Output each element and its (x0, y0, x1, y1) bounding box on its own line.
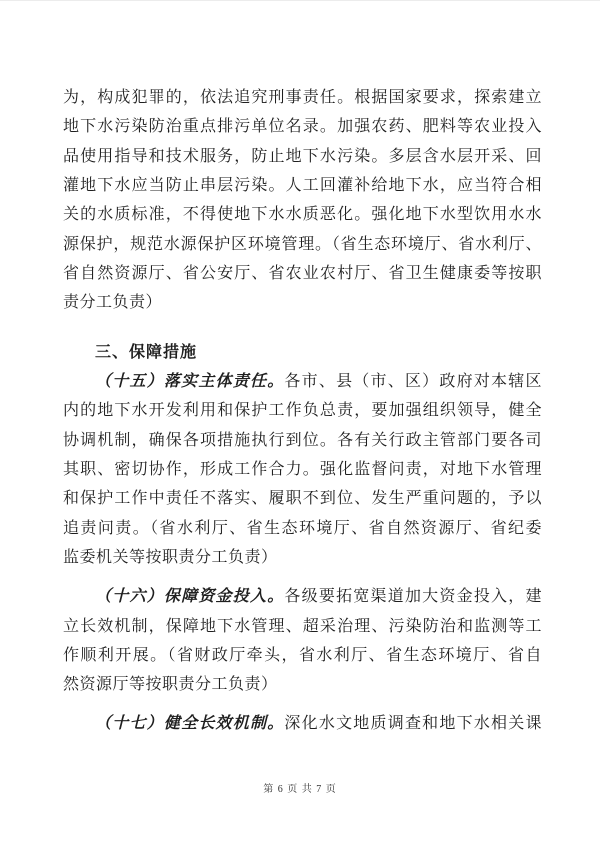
paragraph-line: 立长效机制，保障地下水管理、超采治理、污染防治和监测等工 (63, 612, 542, 641)
clause-15-lead: （十五）落实主体责任。 (95, 373, 284, 390)
document-body: 为，构成犯罪的，依法追究刑事责任。根据国家要求，探索建立 地下水污染防治重点排污… (63, 83, 542, 738)
paragraph-line: 为，构成犯罪的，依法追究刑事责任。根据国家要求，探索建立 (63, 83, 542, 112)
section-heading: 三、保障措施 (63, 338, 542, 367)
paragraph-17: （十七）健全长效机制。深化水文地质调查和地下水相关课 (63, 709, 542, 738)
paragraph-text: 各级要拓宽渠道加大资金投入，建 (284, 588, 542, 605)
paragraph-continued: 为，构成犯罪的，依法追究刑事责任。根据国家要求，探索建立 地下水污染防治重点排污… (63, 83, 542, 318)
paragraph-line: 和保护工作中责任不落实、履职不到位、发生严重问题的，予以 (63, 484, 542, 513)
page-number: 第 6 页 共 7 页 (0, 780, 600, 795)
paragraph-line: 追责问责。（省水利厅、省生态环境厅、省自然资源厅、省纪委 (63, 514, 542, 543)
paragraph-16: （十六）保障资金投入。各级要拓宽渠道加大资金投入，建 立长效机制，保障地下水管理… (63, 582, 542, 699)
clause-17-lead: （十七）健全长效机制。 (95, 715, 284, 732)
paragraph-line: 源保护，规范水源保护区环境管理。（省生态环境厅、省水利厅、 (63, 230, 542, 259)
paragraph-line: 关的水质标准，不得使地下水水质恶化。强化地下水型饮用水水 (63, 200, 542, 229)
clause-16-lead: （十六）保障资金投入。 (95, 588, 284, 605)
paragraph-line: 省自然资源厅、省公安厅、省农业农村厅、省卫生健康委等按职 (63, 259, 542, 288)
paragraph-text: 深化水文地质调查和地下水相关课 (284, 715, 542, 732)
paragraph-line: 作顺利开展。（省财政厅牵头，省水利厅、省生态环境厅、省自 (63, 641, 542, 670)
paragraph-line: 责分工负责） (63, 288, 542, 317)
paragraph-line: 品使用指导和技术服务，防止地下水污染。多层含水层开采、回 (63, 142, 542, 171)
paragraph-text: 各市、县（市、区）政府对本辖区 (284, 373, 542, 390)
paragraph-15: （十五）落实主体责任。各市、县（市、区）政府对本辖区 内的地下水开发利用和保护工… (63, 367, 542, 572)
paragraph-line: 协调机制，确保各项措施执行到位。各有关行政主管部门要各司 (63, 426, 542, 455)
paragraph-line: 监委机关等按职责分工负责） (63, 543, 542, 572)
paragraph-line: （十七）健全长效机制。深化水文地质调查和地下水相关课 (63, 709, 542, 738)
paragraph-line: 灌地下水应当防止串层污染。人工回灌补给地下水，应当符合相 (63, 171, 542, 200)
paragraph-line: （十五）落实主体责任。各市、县（市、区）政府对本辖区 (63, 367, 542, 396)
document-page: 为，构成犯罪的，依法追究刑事责任。根据国家要求，探索建立 地下水污染防治重点排污… (0, 0, 600, 848)
paragraph-line: 其职、密切协作，形成工作合力。强化监督问责，对地下水管理 (63, 455, 542, 484)
paragraph-line: （十六）保障资金投入。各级要拓宽渠道加大资金投入，建 (63, 582, 542, 611)
paragraph-line: 地下水污染防治重点排污单位名录。加强农药、肥料等农业投入 (63, 112, 542, 141)
paragraph-line: 内的地下水开发利用和保护工作负总责，要加强组织领导，健全 (63, 396, 542, 425)
paragraph-line: 然资源厅等按职责分工负责） (63, 670, 542, 699)
